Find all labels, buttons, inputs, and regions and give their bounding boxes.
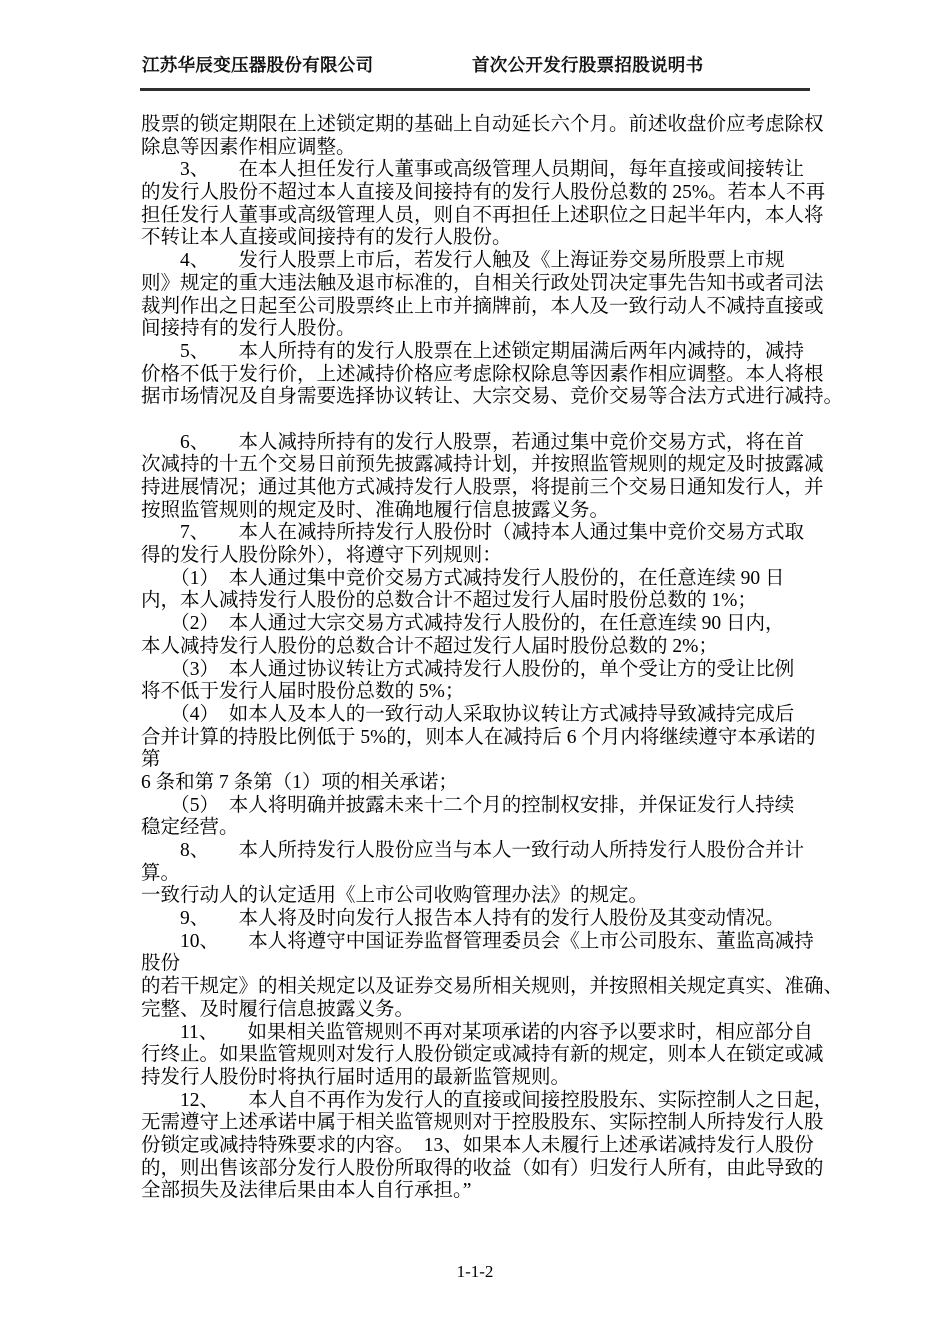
body-line: 4、 发行人股票上市后，若发行人触及《上海证券交易所股票上市规	[141, 250, 901, 273]
body-line: 稳定经营。	[141, 817, 901, 840]
body-line: 5、 本人所持有的发行人股票在上述锁定期届满后两年内减持的，减持	[141, 341, 901, 364]
body-line: 6、 本人减持所持有的发行人股票，若通过集中竞价交易方式，将在首	[141, 432, 901, 455]
body-line: 将不低于发行人届时股份总数的 5%；	[141, 681, 901, 704]
body-line: 7、 本人在减持所持发行人股份时（减持本人通过集中竞价交易方式取	[141, 522, 901, 545]
body-line: 股票的锁定期限在上述锁定期的基础上自动延长六个月。前述收盘价应考虑除权	[141, 114, 901, 137]
body-line: 份锁定或减持特殊要求的内容。 13、如果本人未履行上述承诺减持发行人股份	[141, 1135, 901, 1158]
body-line: 合并计算的持股比例低于 5%的，则本人在减持后 6 个月内将继续遵守本承诺的	[141, 727, 901, 750]
body-line: （1） 本人通过集中竞价交易方式减持发行人股份的，在任意连续 90 日	[141, 568, 901, 591]
body-line: 内，本人减持发行人股份的总数合计不超过发行人届时股份总数的 1%；	[141, 590, 901, 613]
document-page: 江苏华辰变压器股份有限公司 首次公开发行股票招股说明书 股票的锁定期限在上述锁定…	[0, 0, 950, 1344]
body-line: 12、 本人自不再作为发行人的直接或间接控股股东、实际控制人之日起，	[141, 1090, 901, 1113]
body-line: 的发行人股份不超过本人直接及间接持有的发行人股份总数的 25%。若本人不再	[141, 182, 901, 205]
header-rule	[140, 88, 810, 91]
page-number: 1-1-2	[457, 1262, 494, 1281]
body-line: 次减持的十五个交易日前预先披露减持计划，并按照监管规则的规定及时披露减	[141, 454, 901, 477]
body-line: 的若干规定》的相关规定以及证券交易所相关规则，并按照相关规定真实、准确、	[141, 976, 901, 999]
body-line: 得的发行人股份除外），将遵守下列规则：	[141, 545, 901, 568]
body-line: 不转让本人直接或间接持有的发行人股份。	[141, 227, 901, 250]
body-line: 全部损失及法律后果由本人自行承担。”	[141, 1180, 901, 1203]
body-line: 3、 在本人担任发行人董事或高级管理人员期间，每年直接或间接转让	[141, 159, 901, 182]
body-line: 8、 本人所持发行人股份应当与本人一致行动人所持发行人股份合并计	[141, 840, 901, 863]
body-line: 间接持有的发行人股份。	[141, 318, 901, 341]
body-line: 行终止。如果监管规则对发行人股份锁定或减持有新的规定，则本人在锁定或减	[141, 1044, 901, 1067]
body-line: 的，则出售该部分发行人股份所取得的收益（如有）归发行人所有，由此导致的	[141, 1158, 901, 1181]
document-body: 股票的锁定期限在上述锁定期的基础上自动延长六个月。前述收盘价应考虑除权除息等因素…	[141, 114, 901, 1203]
header-company-name: 江苏华辰变压器股份有限公司	[142, 52, 373, 77]
body-line: 本人减持发行人股份的总数合计不超过发行人届时股份总数的 2%；	[141, 636, 901, 659]
body-line: 9、 本人将及时向发行人报告本人持有的发行人股份及其变动情况。	[141, 908, 901, 931]
body-line: 6 条和第 7 条第（1）项的相关承诺；	[141, 772, 901, 795]
body-line: 完整、及时履行信息披露义务。	[141, 999, 901, 1022]
body-line: 除息等因素作相应调整。	[141, 137, 901, 160]
body-line: 据市场情况及自身需要选择协议转让、大宗交易、竞价交易等合法方式进行减持。	[141, 386, 901, 409]
page-footer: 1-1-2	[0, 1262, 950, 1282]
body-line: 持发行人股份时将执行届时适用的最新监管规则。	[141, 1067, 901, 1090]
body-line: 按照监管规则的规定及时、准确地履行信息披露义务。	[141, 500, 901, 523]
body-line: 算。	[141, 863, 901, 886]
body-line: 裁判作出之日起至公司股票终止上市并摘牌前，本人及一致行动人不减持直接或	[141, 296, 901, 319]
body-line: 无需遵守上述承诺中属于相关监管规则对于控股股东、实际控制人所持发行人股	[141, 1112, 901, 1135]
body-line: （5） 本人将明确并披露未来十二个月的控制权安排，并保证发行人持续	[141, 795, 901, 818]
body-line: 一致行动人的认定适用《上市公司收购管理办法》的规定。	[141, 885, 901, 908]
body-line: 第	[141, 749, 901, 772]
body-line: 11、 如果相关监管规则不再对某项承诺的内容予以要求时，相应部分自	[141, 1022, 901, 1045]
body-line: 担任发行人董事或高级管理人员，则自不再担任上述职位之日起半年内，本人将	[141, 205, 901, 228]
body-line: 股份	[141, 953, 901, 976]
body-line: （4） 如本人及本人的一致行动人采取协议转让方式减持导致减持完成后	[141, 704, 901, 727]
body-line	[141, 409, 901, 432]
body-line: 10、 本人将遵守中国证券监督管理委员会《上市公司股东、董监高减持	[141, 931, 901, 954]
body-line: 则》规定的重大违法触及退市标准的，自相关行政处罚决定事先告知书或者司法	[141, 273, 901, 296]
header-doc-title: 首次公开发行股票招股说明书	[472, 52, 703, 77]
body-line: 持进展情况；通过其他方式减持发行人股票，将提前三个交易日通知发行人，并	[141, 477, 901, 500]
body-line: 价格不低于发行价，上述减持价格应考虑除权除息等因素作相应调整。本人将根	[141, 364, 901, 387]
body-line: （3） 本人通过协议转让方式减持发行人股份的，单个受让方的受让比例	[141, 659, 901, 682]
body-line: （2） 本人通过大宗交易方式减持发行人股份的，在任意连续 90 日内，	[141, 613, 901, 636]
